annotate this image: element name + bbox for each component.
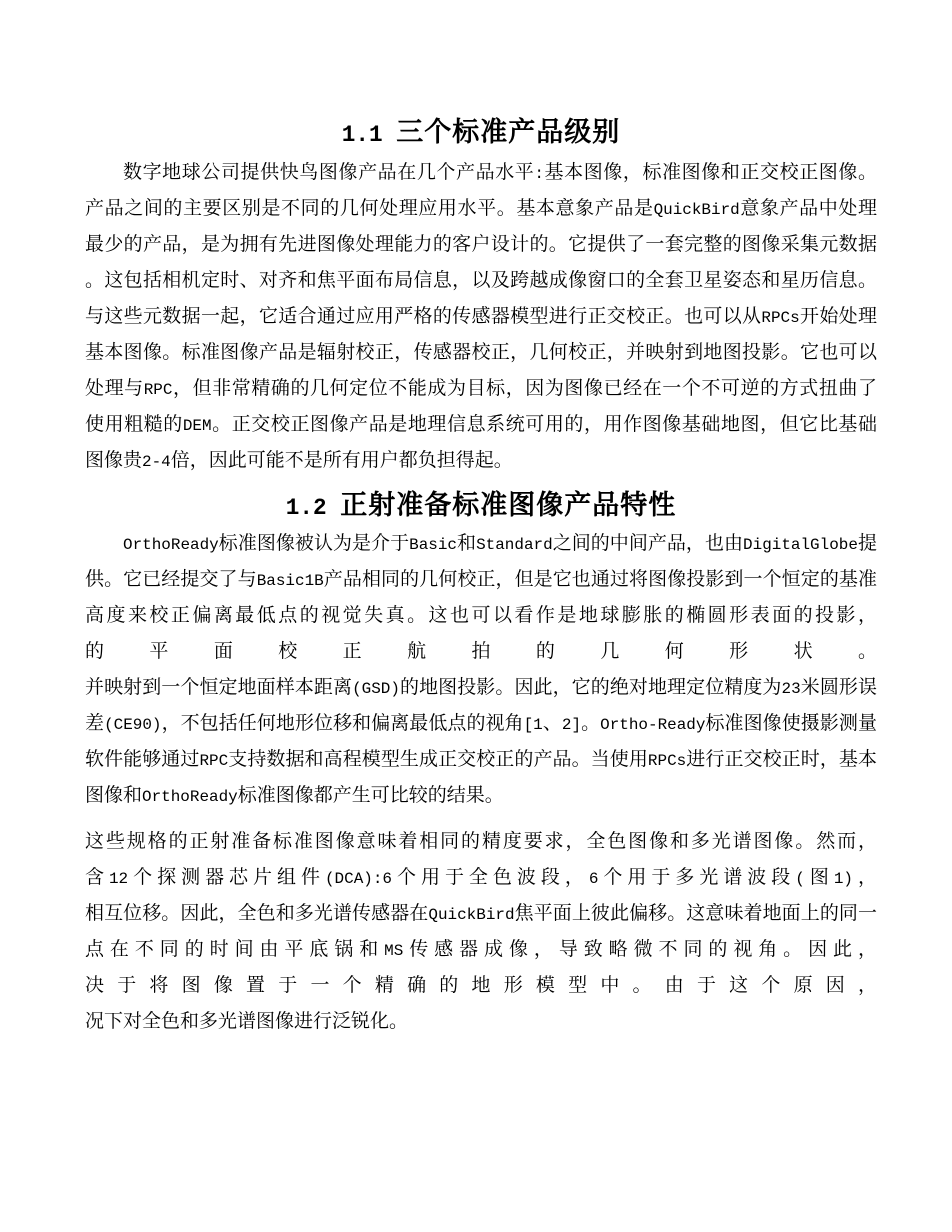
text-line: 这些规格的正射准备标准图像意味着相同的精度要求，全色图像和多光谱图像。然而，焦平… — [85, 824, 877, 860]
section-heading: 1.2 正射准备标准图像产品特性 — [85, 487, 877, 526]
latin-text: 2] — [562, 716, 581, 734]
text-line: 点在不同的时间由平底锅和MS传感器成像，导致略微不同的视角。因此，这些波段的正确… — [85, 932, 877, 968]
text-line: 使用粗糙的DEM。正交校正图像产品是地理信息系统可用的，用作图像基础地图，但它比… — [85, 407, 877, 443]
latin-text: RPC — [199, 752, 228, 770]
text-line: 数字地球公司提供快鸟图像产品在几个产品水平:基本图像，标准图像和正交校正图像。 — [85, 155, 877, 191]
text-line: 产品之间的主要区别是不同的几何处理应用水平。基本意象产品是QuickBird意象… — [85, 191, 877, 227]
text-line: 并映射到一个恒定地面样本距离(GSD)的地图投影。因此，它的绝对地理定位精度为2… — [85, 670, 877, 706]
document-page: 1.1 三个标准产品级别数字地球公司提供快鸟图像产品在几个产品水平:基本图像，标… — [0, 0, 952, 1232]
latin-text: Ortho-Ready — [600, 716, 705, 734]
latin-text: Basic1B — [257, 572, 324, 590]
text-line: 图像和OrthoReady标准图像都产生可比较的结果。 — [85, 778, 877, 814]
latin-text: MS — [384, 942, 403, 960]
latin-text: Basic — [409, 536, 457, 554]
latin-text: 6 — [589, 870, 599, 888]
paragraph: 数字地球公司提供快鸟图像产品在几个产品水平:基本图像，标准图像和正交校正图像。产… — [85, 155, 877, 479]
text-line: 最少的产品，是为拥有先进图像处理能力的客户设计的。它提供了一套完整的图像采集元数… — [85, 227, 877, 263]
latin-text: DigitalGlobe — [743, 536, 858, 554]
text-line: OrthoReady标准图像被认为是介于Basic和Standard之间的中间产… — [85, 526, 877, 562]
section-heading: 1.1 三个标准产品级别 — [85, 112, 877, 155]
latin-text: QuickBird — [428, 906, 514, 924]
text-line: 软件能够通过RPC支持数据和高程模型生成正交校正的产品。当使用RPCs进行正交校… — [85, 742, 877, 778]
latin-text: Standard — [476, 536, 553, 554]
text-line: 高度来校正偏离最低点的视觉失真。这也可以看作是地球膨胀的椭圆形表面的投影，类似于… — [85, 598, 877, 634]
paragraph: 这些规格的正射准备标准图像意味着相同的精度要求，全色图像和多光谱图像。然而，焦平… — [85, 824, 877, 1040]
latin-text: DEM — [183, 417, 212, 435]
latin-text: : — [534, 165, 544, 183]
latin-text: 2-4 — [142, 453, 171, 471]
text-line: 供。它已经提交了与Basic1B产品相同的几何校正，但是它也通过将图像投影到一个… — [85, 562, 877, 598]
latin-text: ( — [795, 870, 805, 888]
latin-text: 12 — [109, 870, 128, 888]
latin-text: (GSD) — [352, 680, 400, 698]
text-line: 的平面校正航拍的几何形状。参考高程通常计算为在乘积顺序多边形顶点处的高程值的平均… — [85, 634, 877, 670]
latin-text: OrthoReady — [142, 788, 238, 806]
latin-text: RPCs — [761, 309, 799, 327]
text-line: 处理与RPC，但非常精确的几何定位不能成为目标，因为图像已经在一个不可逆的方式扭… — [85, 371, 877, 407]
latin-text: (DCA):6 — [325, 870, 392, 888]
text-line: 差(CE90)，不包括任何地形位移和偏离最低点的视角[1、2]。Ortho-Re… — [85, 706, 877, 742]
latin-text: 1.2 — [286, 495, 340, 521]
latin-text: RPCs — [648, 752, 686, 770]
text-line: 图像贵2-4倍，因此可能不是所有用户都负担得起。 — [85, 443, 877, 479]
latin-text: (CE90) — [104, 716, 161, 734]
latin-text: QuickBird — [654, 201, 740, 219]
latin-text: 1.1 — [342, 122, 396, 148]
text-line: 。这包括相机定时、对齐和焦平面布局信息，以及跨越成像窗口的全套卫星姿态和星历信息… — [85, 263, 877, 299]
latin-text: 23 — [782, 680, 801, 698]
text-line: 决于将图像置于一个精确的地形模型中。由于这个原因，建议不要在没有事先校正两幅图像… — [85, 968, 877, 1004]
text-line: 况下对全色和多光谱图像进行泛锐化。 — [85, 1004, 877, 1040]
text-line: 基本图像。标准图像产品是辐射校正，传感器校正，几何校正，并映射到地图投影。它也可… — [85, 335, 877, 371]
latin-text: 1) — [834, 870, 853, 888]
document-content: 1.1 三个标准产品级别数字地球公司提供快鸟图像产品在几个产品水平:基本图像，标… — [85, 112, 877, 1040]
text-line: 含12个探测器芯片组件(DCA):6个用于全色波段，6个用于多光谱波段(图1)，… — [85, 860, 877, 896]
text-line: 相互位移。因此，全色和多光谱传感器在QuickBird焦平面上彼此偏移。这意味着… — [85, 896, 877, 932]
text-line: 与这些元数据一起，它适合通过应用严格的传感器模型进行正交校正。也可以从RPCs开… — [85, 299, 877, 335]
latin-text: RPC — [144, 381, 173, 399]
latin-text: OrthoReady — [123, 536, 219, 554]
paragraph: OrthoReady标准图像被认为是介于Basic和Standard之间的中间产… — [85, 526, 877, 814]
latin-text: [1 — [524, 716, 543, 734]
